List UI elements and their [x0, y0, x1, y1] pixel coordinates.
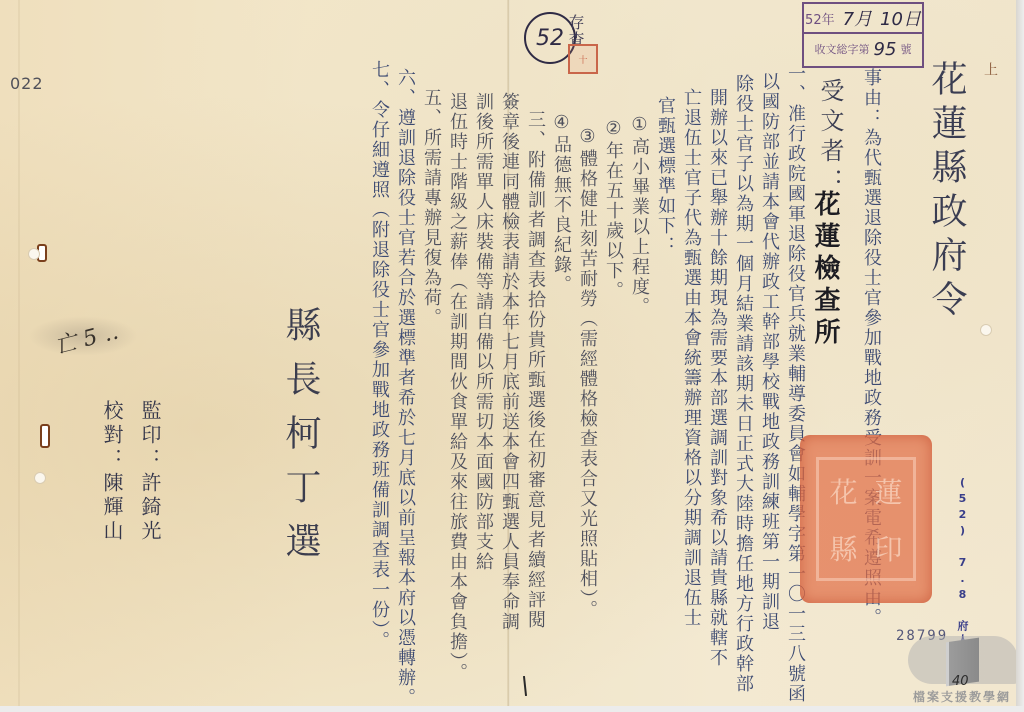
side-mark: 上 — [980, 62, 1000, 76]
stamp-month: 7月 — [843, 5, 872, 31]
stamp-year: 52年 — [805, 9, 835, 28]
archive-mark: 存查 — [564, 14, 587, 48]
stamp-doc-prefix: 收文総字第 — [815, 41, 870, 57]
proofreader: 校對：陳輝山 — [102, 400, 122, 544]
scan-edge-bottom — [0, 706, 1024, 712]
archive-watermark: 檔案支援教學網 — [900, 628, 1020, 712]
body-column: 除役士官子以為期一個月結業請該期未日正式大陸時擔任地方行政幹部 — [734, 74, 752, 694]
body-column: 簽章後連同體檢表請於本年七月底前送本會四甄選人員奉命調 — [500, 92, 518, 632]
document-title: 花蓮縣政府令 — [928, 60, 964, 324]
body-column: ④品德無不良紀錄。 — [552, 112, 570, 295]
body-column: 退伍時士階級之薪俸（在訓期間伙食單給及來往旅費由本會負擔）。 — [448, 92, 466, 683]
body-column: 官甄選標準如下： — [656, 96, 674, 256]
watermark-label: 檔案支援教學網 — [904, 688, 1020, 705]
stamp-doc-suffix: 號 — [900, 41, 911, 57]
seal-char: 蓮 — [874, 471, 902, 511]
official-red-seal: 花 蓮 縣 印 — [800, 435, 932, 603]
body-column: 以國防部並請本會代辦政工幹部學校戰地政務訓練班第一期訓退 — [760, 72, 778, 632]
stamp-doc-number: 95 — [874, 39, 897, 60]
scanned-document: 022 上 花蓮縣政府令 事由：為代甄選退除役士官參加戰地政務受訓一案電希遵照由… — [0, 0, 1024, 712]
seal-char: 印 — [874, 528, 902, 568]
punch-hole — [980, 324, 992, 336]
punch-hole — [34, 472, 46, 484]
pencil-tick-mark — [523, 676, 527, 696]
seal-checker: 監印：許錡光 — [140, 400, 160, 544]
body-column: ③體格健壯刻苦耐勞（需經體格檢查表合又光照貼相）。 — [578, 126, 596, 620]
body-column: 五、所需請專辦見復為荷。 — [422, 88, 440, 328]
body-column: 七、令仔細遵照（附退除役士官參加戰地政務班備訓調查表一份）。 — [370, 60, 388, 651]
receiver-name: 花蓮檢查所 — [812, 190, 838, 350]
body-column: 一、准行政院國軍退除役官兵就業輔導委員會如輔學字第一〇一三八號函 — [786, 64, 804, 704]
body-column: 訓後所需單人床裝備等請自備以所需切本面國防部支給 — [474, 92, 492, 572]
magistrate-signature: 縣長柯丁選 — [282, 306, 318, 576]
body-column: 開辦以來已舉辦十餘期現為需要本部選調訓對象希以請貴縣就轄不 — [708, 88, 726, 668]
paper-fold-left — [18, 0, 20, 712]
body-column: ①高小畢業以上程度。 — [630, 114, 648, 317]
body-column: 三、附備訓者調查表拾份貴所甄選後在初審意見者續經評閱 — [526, 110, 544, 630]
body-column: ②年在五十歲以下。 — [604, 118, 622, 301]
body-column: 六、遵訓退除役士官若合於選標準者希於七月底以前呈報本府以憑轉辦。 — [396, 68, 414, 708]
stamp-day: 10日 — [880, 5, 921, 31]
receiver-label: 受文者： — [818, 78, 842, 198]
body-column: 亡退伍士官子代為甄選由本會統籌辦理資格以分期調訓退伍士 — [682, 88, 700, 628]
corner-number: 022 — [10, 74, 44, 93]
receipt-date-stamp: 52年 7月 10日 收文総字第 95 號 — [802, 2, 924, 68]
small-red-seal: 十 — [568, 44, 598, 74]
seal-characters: 花 蓮 縣 印 — [816, 457, 916, 581]
scan-edge-right — [1016, 0, 1024, 712]
page-number: 40 — [952, 674, 969, 689]
punch-hole — [28, 248, 40, 260]
seal-char: 花 — [829, 471, 857, 511]
punch-hole — [40, 424, 50, 448]
seal-char: 縣 — [829, 528, 857, 568]
